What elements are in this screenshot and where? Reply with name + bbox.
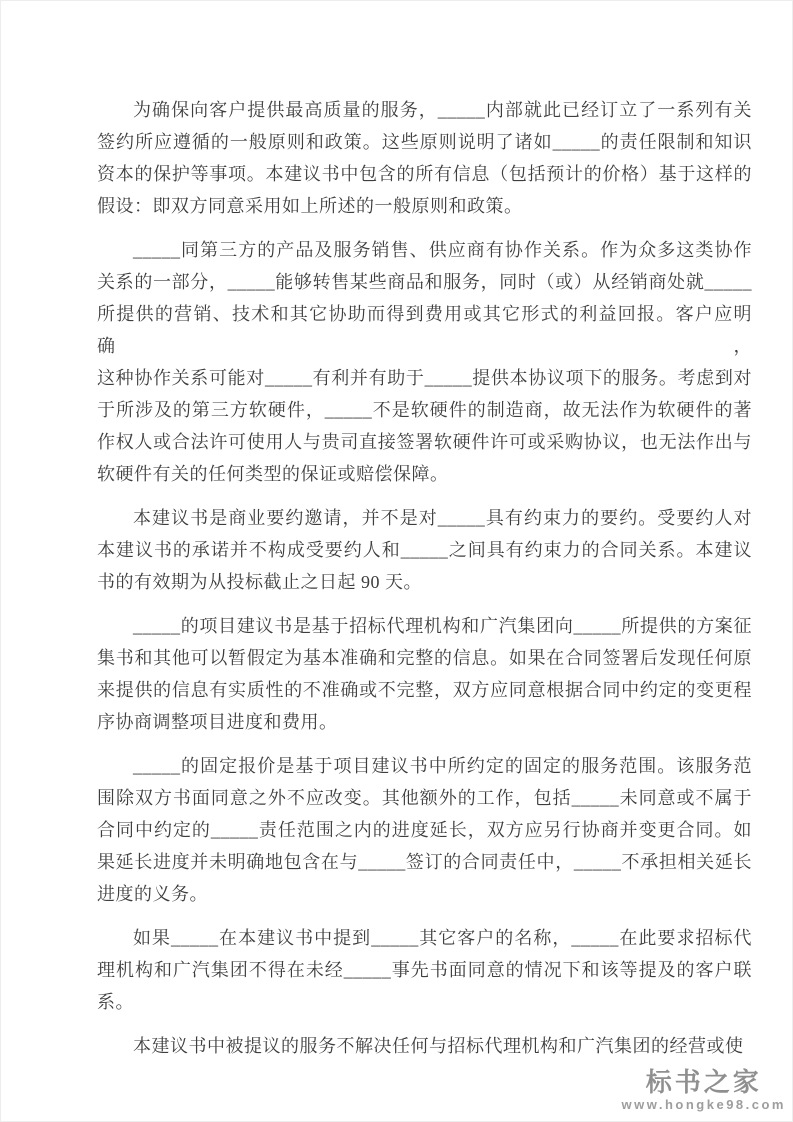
- text-line: 集书和其他可以暂假定为基本准确和完整的信息。如果在合同签署后发现任何原: [97, 642, 752, 674]
- document-page: 为确保向客户提供最高质量的服务，_____内部就此已经订立了一系列有关签约所应遵…: [0, 0, 793, 1122]
- text-line: 资本的保护等事项。本建议书中包含的所有信息（包括预计的价格）基于这样的: [97, 158, 752, 190]
- text-line: 系。: [97, 986, 752, 1018]
- paragraph: 为确保向客户提供最高质量的服务，_____内部就此已经订立了一系列有关签约所应遵…: [97, 94, 752, 222]
- text-line: 关系的一部分，_____能够转售某些商品和服务，同时（或）从经销商处就_____: [97, 266, 752, 298]
- watermark: 标书之家 www.hongke98.com: [622, 1067, 787, 1113]
- paragraph: _____的固定报价是基于项目建议书中所约定的固定的服务范围。该服务范围除双方书…: [97, 750, 752, 910]
- text-line: 进度的义务。: [97, 878, 752, 910]
- text-line: _____的项目建议书是基于招标代理机构和广汽集团向_____所提供的方案征: [97, 610, 752, 642]
- text-line: 作权人或合法许可使用人与贵司直接签署软硬件许可或采购协议，也无法作出与: [97, 426, 752, 458]
- paragraph: 本建议书是商业要约邀请，并不是对_____具有约束力的要约。受要约人对本建议书的…: [97, 502, 752, 598]
- text-line: 这种协作关系可能对_____有利并有助于_____提供本协议项下的服务。考虑到对: [97, 362, 752, 394]
- text-line: 序协商调整项目进度和费用。: [97, 706, 752, 738]
- text-line: 于所涉及的第三方软硬件，_____不是软硬件的制造商，故无法作为软硬件的著: [97, 394, 752, 426]
- text-line: 理机构和广汽集团不得在未经_____事先书面同意的情况下和该等提及的客户联: [97, 954, 752, 986]
- text-line: 如果_____在本建议书中提到_____其它客户的名称，_____在此要求招标代: [97, 922, 752, 954]
- paragraph: _____同第三方的产品及服务销售、供应商有协作关系。作为众多这类协作关系的一部…: [97, 234, 752, 490]
- watermark-logo-text: 标书之家: [622, 1067, 787, 1097]
- text-line: 所提供的营销、技术和其它协助而得到费用或其它形式的利益回报。客户应明确，: [97, 298, 752, 362]
- watermark-url: www.hongke98.com: [622, 1097, 787, 1113]
- text-line: 本建议书是商业要约邀请，并不是对_____具有约束力的要约。受要约人对: [97, 502, 752, 534]
- text-line: 软硬件有关的任何类型的保证或赔偿保障。: [97, 458, 752, 490]
- text-line: 围除双方书面同意之外不应改变。其他额外的工作，包括_____未同意或不属于: [97, 782, 752, 814]
- text-line: _____的固定报价是基于项目建议书中所约定的固定的服务范围。该服务范: [97, 750, 752, 782]
- text-line: 为确保向客户提供最高质量的服务，_____内部就此已经订立了一系列有关: [97, 94, 752, 126]
- text-line: 果延长进度并未明确地包含在与_____签订的合同责任中，_____不承担相关延长: [97, 846, 752, 878]
- text-line: 本建议书的承诺并不构成受要约人和_____之间具有约束力的合同关系。本建议: [97, 534, 752, 566]
- paragraph: _____的项目建议书是基于招标代理机构和广汽集团向_____所提供的方案征集书…: [97, 610, 752, 738]
- text-line: 签约所应遵循的一般原则和政策。这些原则说明了诸如_____的责任限制和知识: [97, 126, 752, 158]
- paragraph: 如果_____在本建议书中提到_____其它客户的名称，_____在此要求招标代…: [97, 922, 752, 1018]
- paragraph: 本建议书中被提议的服务不解决任何与招标代理机构和广汽集团的经营或使: [97, 1030, 752, 1062]
- text-line: 来提供的信息有实质性的不准确或不完整，双方应同意根据合同中约定的变更程: [97, 674, 752, 706]
- document-body: 为确保向客户提供最高质量的服务，_____内部就此已经订立了一系列有关签约所应遵…: [97, 94, 752, 1074]
- text-line: _____同第三方的产品及服务销售、供应商有协作关系。作为众多这类协作: [97, 234, 752, 266]
- text-line: 书的有效期为从投标截止之日起 90 天。: [97, 566, 752, 598]
- text-line: 合同中约定的_____责任范围之内的进度延长，双方应另行协商并变更合同。如: [97, 814, 752, 846]
- text-line: 本建议书中被提议的服务不解决任何与招标代理机构和广汽集团的经营或使: [97, 1030, 752, 1062]
- text-line: 假设：即双方同意采用如上所述的一般原则和政策。: [97, 190, 752, 222]
